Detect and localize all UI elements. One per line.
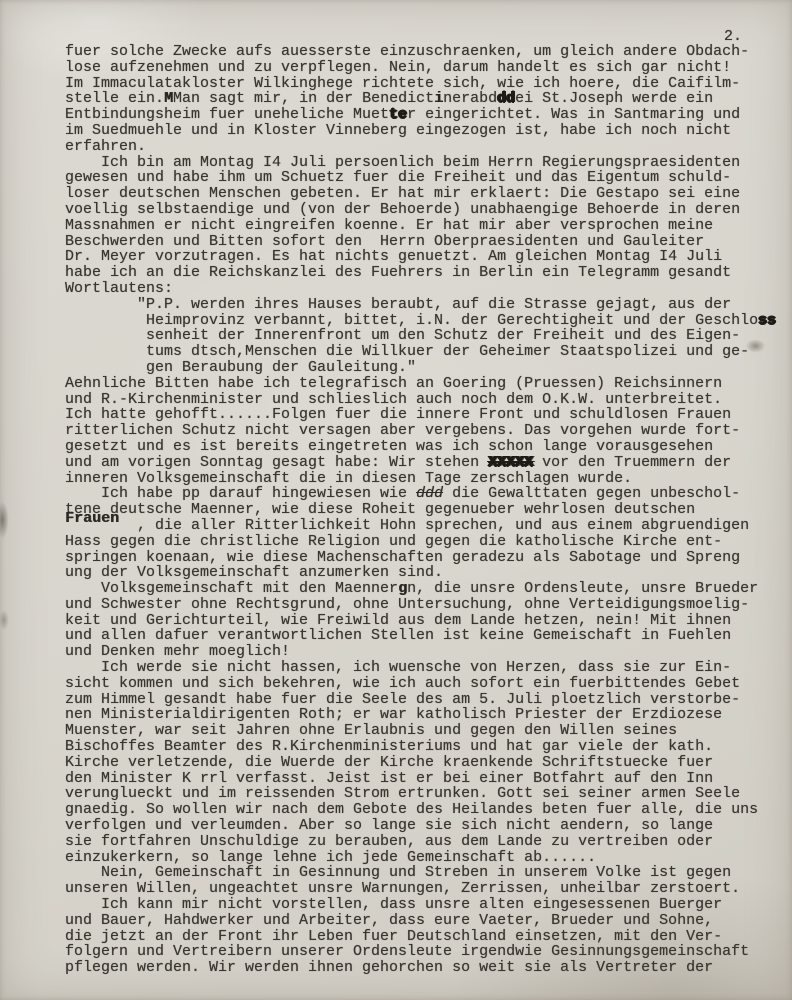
overstruck-text: XXXXX [488,454,533,471]
text-segment: Entbindungsheim fuer uneheliche Muet [65,106,389,123]
text-line: habe ich an die Reichskanzlei des Fuehre… [65,265,776,281]
text-segment: Kirche verletzende, die Wuerde der Kirch… [65,754,713,771]
text-line: loser deutschen Menschen gebeten. Er hat… [65,186,776,202]
text-segment: Beschwerden und Bitten sofort den Herrn … [65,233,704,250]
text-line: gen Beraubung der Gauleitung." [65,360,776,376]
text-segment: , die aller Ritterlichkeit Hohn sprechen… [119,517,749,534]
overstruck-text: ss [758,312,776,329]
overstruck-text: M [164,90,173,107]
text-segment: im Suedmuehle und in Kloster Vinneberg e… [65,122,731,139]
text-segment: sicht kommen und sich bekehren, wie ich … [65,675,740,692]
text-segment: Bischoffes Beamter des R.Kirchenminister… [65,738,713,755]
text-line: lose aufzenehmen und zu verpflegen. Nein… [65,60,776,76]
text-segment: Ich bin am Montag I4 Juli persoenlich be… [65,154,740,171]
text-segment: r eingerichtet. Was in Santmaring und [407,106,740,123]
text-segment: Im Immaculatakloster Wilkinghege richtet… [65,75,740,92]
text-segment: Man sagt mir, in der Benedict [173,90,434,107]
text-line: tums dtsch,Menschen die Willkuer der Geh… [65,344,776,360]
text-line: im Suedmuehle und in Kloster Vinneberg e… [65,123,776,139]
text-segment: unseren Willen, ungeachtet unsre Warnung… [65,880,740,897]
overstruck-text: te [389,106,407,123]
text-segment: vor den Truemmern der [533,454,731,471]
text-line: Hass gegen die christliche Religion und … [65,534,776,550]
text-line: Massnahmen er nicht eingreifen koenne. E… [65,218,776,234]
text-segment: Ich hatte gehofft......Folgen fuer die i… [65,406,731,423]
text-segment: voellig selbstaendige und (von der Behoe… [65,201,740,218]
typewritten-text: fuer solche Zwecke aufs auesserste einzu… [65,44,776,976]
text-line: Ich bin am Montag I4 Juli persoenlich be… [65,155,776,171]
text-line: inneren Volksgemeinschaft die in diesen … [65,471,776,487]
text-segment: nen Ministerialdirigenten Roth; er war k… [65,706,722,723]
text-segment: fuer solche Zwecke aufs auesserste einzu… [65,43,749,60]
text-line: erfahren. [65,139,776,155]
text-line: fuer solche Zwecke aufs auesserste einzu… [65,44,776,60]
text-segment: folgern und Vertreibern unserer Ordensle… [65,943,749,960]
text-segment: ung der Volksgemeinschaft anzumerken sin… [65,564,443,581]
text-line: Wortlautens: [65,281,776,297]
text-line: keit und Gerichturteil, wie Freiwild aus… [65,613,776,629]
text-segment: "P.P. werden ihres Hauses beraubt, auf d… [65,296,731,313]
text-segment: Hass gegen die christliche Religion und … [65,533,722,550]
text-line: Aehnliche Bitten habe ich telegrafisch a… [65,376,776,392]
text-segment: zum Himmel gesandt habe fuer die Seele d… [65,691,740,708]
text-line: ung der Volksgemeinschaft anzumerken sin… [65,565,776,581]
text-line: senheit der Innerenfront um den Schutz d… [65,328,776,344]
text-line: Kirche verletzende, die Wuerde der Kirch… [65,755,776,771]
text-line: zum Himmel gesandt habe fuer die Seele d… [65,692,776,708]
text-line: Nein, Gemeinschaft in Gesinnung und Stre… [65,865,776,881]
text-line: Entbindungsheim fuer uneheliche Muetter … [65,107,776,123]
text-segment: den Minister K rrl verfasst. Jeist ist e… [65,770,713,787]
text-segment: tums dtsch,Menschen die Willkuer der Geh… [65,343,749,360]
text-line: Im Immaculatakloster Wilkinghege richtet… [65,76,776,92]
text-line: den Minister K rrl verfasst. Jeist ist e… [65,771,776,787]
text-line: gesetzt und es ist bereits eingetreten w… [65,439,776,455]
text-segment: inneren Volksgemeinschaft die in diesen … [65,470,632,487]
text-line: Beschwerden und Bitten sofort den Herrn … [65,234,776,250]
text-line: sicht kommen und sich bekehren, wie ich … [65,676,776,692]
text-line: gnaedig. So wollen wir nach dem Gebote d… [65,802,776,818]
text-line: und Denken mehr moeglich! [65,644,776,660]
text-line: Muenster, war seit Jahren ohne Erlaubnis… [65,723,776,739]
text-segment: und Bauer, Hahdwerker und Arbeiter, dass… [65,912,713,929]
text-segment: die Gewalttaten gegen unbeschol- [443,485,740,502]
text-line: "P.P. werden ihres Hauses beraubt, auf d… [65,297,776,313]
text-line: Frauen , die aller Ritterlichkeit Hohn s… [65,518,776,534]
text-segment: einzukerkern, so lange lehne ich jede Ge… [65,849,596,866]
text-segment: Ich kann mir nicht vorstellen, dass unsr… [65,896,722,913]
text-line: Bischoffes Beamter des R.Kirchenminister… [65,739,776,755]
text-segment: stelle ein. [65,90,164,107]
text-segment: Wortlautens: [65,280,173,297]
text-segment: tene deutsche Maenner, wie diese Roheit … [65,501,695,518]
text-line: und am vorigen Sonntag gesagt habe: Wir … [65,455,776,471]
text-line: die jetzt an der Front ihr Leben fuer De… [65,929,776,945]
overstruck-text: g [398,580,407,597]
document-page: 2. fuer solche Zwecke aufs auesserste ei… [0,0,792,1000]
text-segment: Muenster, war seit Jahren ohne Erlaubnis… [65,722,677,739]
text-segment: lose aufzenehmen und zu verpflegen. Nein… [65,59,731,76]
text-segment: Heimprovinz verbannt, bittet, i.N. der G… [65,312,758,329]
text-line: Dr. Meyer vorzutragen. Es hat nichts gen… [65,249,776,265]
text-line: springen koenaan, wie diese Machenschaft… [65,550,776,566]
text-segment: gen Beraubung der Gauleitung." [65,359,416,376]
text-line: Ich kann mir nicht vorstellen, dass unsr… [65,897,776,913]
text-line: folgern und Vertreibern unserer Ordensle… [65,944,776,960]
text-line: voellig selbstaendige und (von der Behoe… [65,202,776,218]
text-line: Ich hatte gehofft......Folgen fuer die i… [65,407,776,423]
text-segment: gnaedig. So wollen wir nach dem Gebote d… [65,801,758,818]
text-segment: gewesen und habe ihm um Schuetz fuer die… [65,169,731,186]
text-line: Ich werde sie nicht hassen, ich wuensche… [65,660,776,676]
text-segment: keit und Gerichturteil, wie Freiwild aus… [65,612,731,629]
text-segment: Volksgemeinschaft mit den Maenner [65,580,398,597]
overstruck-text: i [434,90,443,107]
text-segment: verunglueckt und im reissenden Strom ert… [65,785,740,802]
text-segment: n, die unsre Ordensleute, unsre Brueder [407,580,758,597]
text-segment: ritterlichen Schutz nicht versagen aber … [65,422,740,439]
text-line: sie fortfahren Unschuldige zu berauben, … [65,834,776,850]
text-line: Heimprovinz verbannt, bittet, i.N. der G… [65,313,776,329]
text-line: und Bauer, Hahdwerker und Arbeiter, dass… [65,913,776,929]
text-line: und allen dafuer verantwortlichen Stelle… [65,628,776,644]
text-line: und Schwester ohne Rechtsgrund, ohne Unt… [65,597,776,613]
overstruck-text: Frauen [65,510,119,527]
text-line: stelle ein.MMan sagt mir, in der Benedic… [65,91,776,107]
overstruck-text: dd [497,90,515,107]
text-segment: Aehnliche Bitten habe ich telegrafisch a… [65,375,722,392]
text-segment: Ich habe pp darauf hingewiesen wie [65,485,416,502]
text-segment: Ich werde sie nicht hassen, ich wuensche… [65,659,731,676]
text-line: tene deutsche Maenner, wie diese Roheit … [65,502,776,518]
text-segment: ei St.Joseph werde ein [515,90,713,107]
text-line: verfolgen und verleumden. Aber so lange … [65,818,776,834]
text-segment: springen koenaan, wie diese Machenschaft… [65,549,740,566]
text-line: verunglueckt und im reissenden Strom ert… [65,786,776,802]
overstruck-text: ddd [416,485,443,502]
text-line: gewesen und habe ihm um Schuetz fuer die… [65,170,776,186]
text-segment: und R.-Kirchenminister und schlieslich a… [65,391,722,408]
text-line: einzukerkern, so lange lehne ich jede Ge… [65,850,776,866]
text-segment: die jetzt an der Front ihr Leben fuer De… [65,928,722,945]
text-line: und R.-Kirchenminister und schlieslich a… [65,392,776,408]
text-line: Ich habe pp darauf hingewiesen wie ddd d… [65,486,776,502]
text-segment: habe ich an die Reichskanzlei des Fuehre… [65,264,731,281]
text-segment: Dr. Meyer vorzutragen. Es hat nichts gen… [65,248,722,265]
text-segment: Nein, Gemeinschaft in Gesinnung und Stre… [65,864,731,881]
text-segment: pflegen werden. Wir werden ihnen gehorch… [65,959,713,976]
text-segment: Massnahmen er nicht eingreifen koenne. E… [65,217,713,234]
text-line: ritterlichen Schutz nicht versagen aber … [65,423,776,439]
text-segment: senheit der Innerenfront um den Schutz d… [65,327,740,344]
text-segment: gesetzt und es ist bereits eingetreten w… [65,438,713,455]
text-segment: und Schwester ohne Rechtsgrund, ohne Unt… [65,596,749,613]
text-segment: verfolgen und verleumden. Aber so lange … [65,817,713,834]
text-segment: erfahren. [65,138,146,155]
text-segment: und allen dafuer verantwortlichen Stelle… [65,627,731,644]
text-segment: nerabd [443,90,497,107]
text-line: Volksgemeinschaft mit den Maennergn, die… [65,581,776,597]
text-line: pflegen werden. Wir werden ihnen gehorch… [65,960,776,976]
text-segment: sie fortfahren Unschuldige zu berauben, … [65,833,713,850]
text-segment: loser deutschen Menschen gebeten. Er hat… [65,185,740,202]
text-line: unseren Willen, ungeachtet unsre Warnung… [65,881,776,897]
text-segment: und Denken mehr moeglich! [65,643,290,660]
text-segment: und am vorigen Sonntag gesagt habe: Wir … [65,454,488,471]
text-line: nen Ministerialdirigenten Roth; er war k… [65,707,776,723]
